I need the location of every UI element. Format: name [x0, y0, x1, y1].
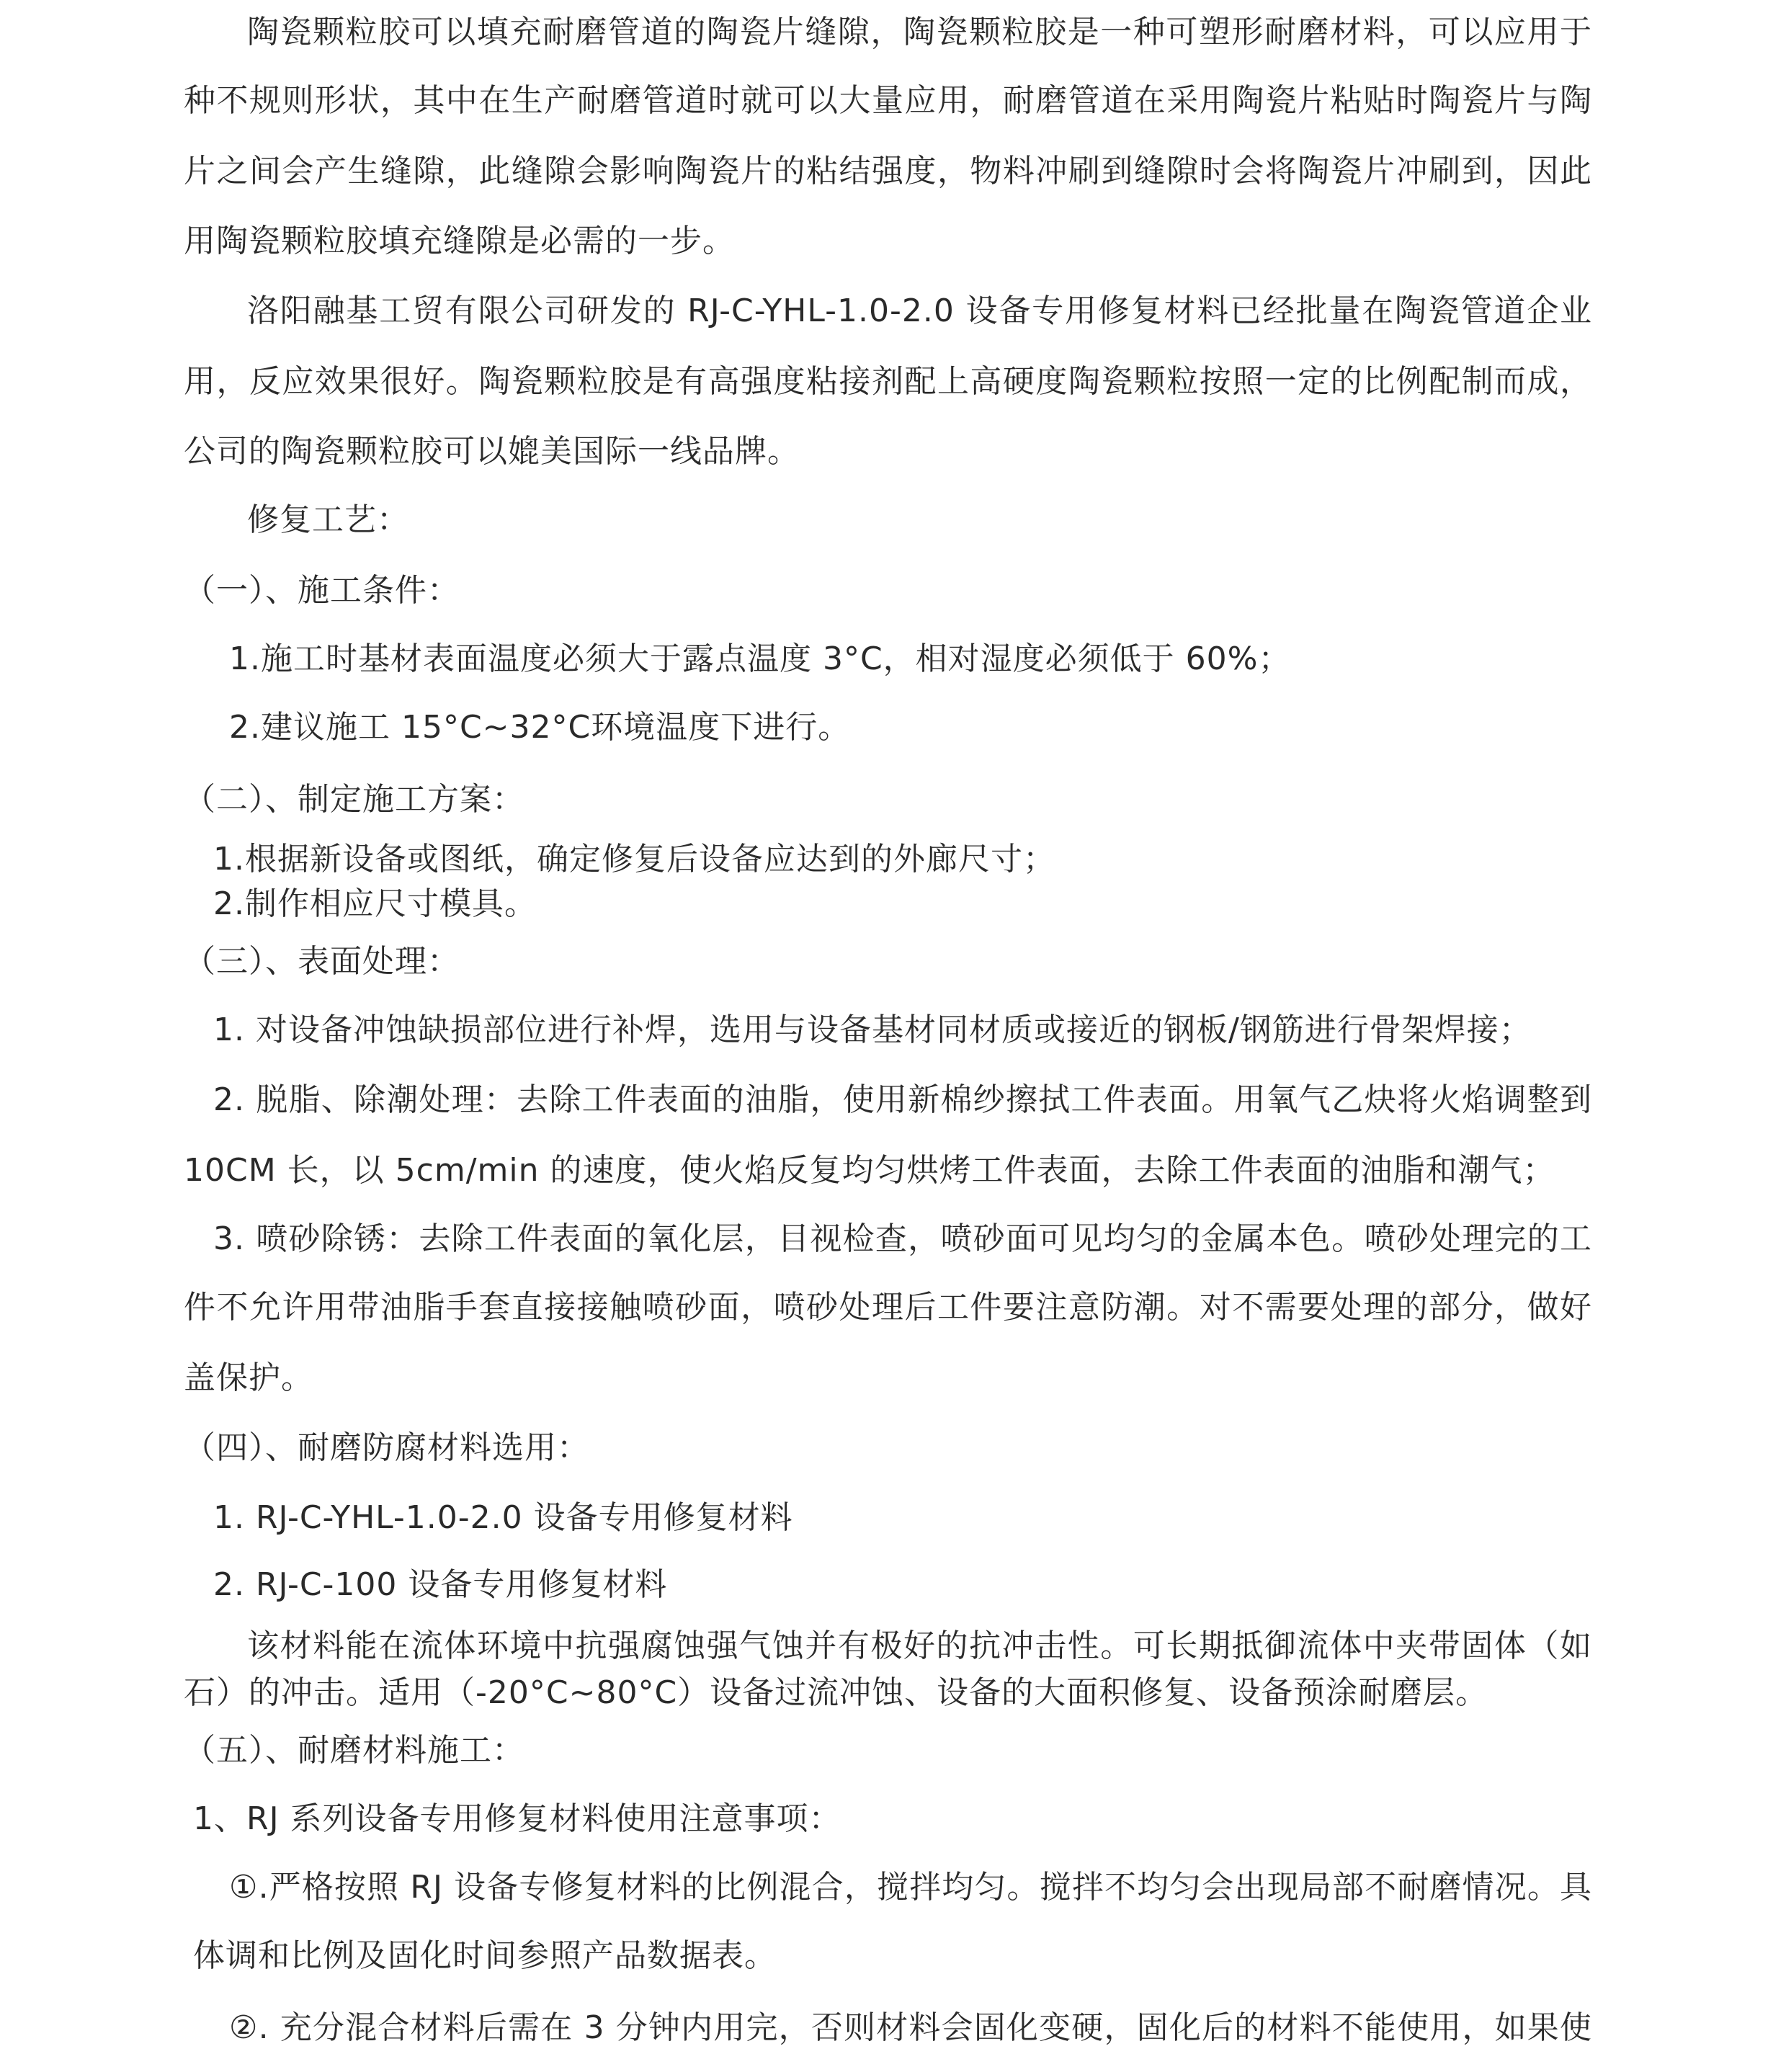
intro-paragraph-line-1: 陶瓷颗粒胶可以填充耐磨管道的陶瓷片缝隙，陶瓷颗粒胶是一种可塑形耐磨材料，可以应用… [184, 12, 1592, 53]
section5-note-2-line-1: ②. 充分混合材料后需在 3 分钟内用完，否则材料会固化变硬，固化后的材料不能使… [229, 2008, 1592, 2048]
section4-heading: （四）、耐磨防腐材料选用： [184, 1428, 589, 1468]
section5-note-1-line-1: ①.严格按照 RJ 设备专修复材料的比例混合，搅拌均匀。搅拌不均匀会出现局部不耐… [229, 1867, 1592, 1908]
section3-item-3-line-2: 件不允许用带油脂手套直接接触喷砂面，喷砂处理后工件要注意防潮。对不需要处理的部分… [184, 1287, 1592, 1328]
document-page: 陶瓷颗粒胶可以填充耐磨管道的陶瓷片缝隙，陶瓷颗粒胶是一种可塑形耐磨材料，可以应用… [0, 0, 1786, 2072]
section3-item-3-line-1: 3. 喷砂除锈：去除工件表面的氧化层，目视检查，喷砂面可见均匀的金属本色。喷砂处… [213, 1219, 1592, 1259]
section1-item-1: 1.施工时基材表面温度必须大于露点温度 3°C，相对湿度必须低于 60%； [229, 639, 1290, 679]
section2-heading: （二）、制定施工方案： [184, 780, 524, 820]
section3-item-2-line-2: 10CM 长，以 5cm/min 的速度，使火焰反复均匀烘烤工件表面，去除工件表… [184, 1151, 1555, 1191]
intro-paragraph-line-2: 种不规则形状，其中在生产耐磨管道时就可以大量应用，耐磨管道在采用陶瓷片粘贴时陶瓷… [184, 81, 1592, 121]
intro-paragraph-line-4: 用陶瓷颗粒胶填充缝隙是必需的一步。 [184, 221, 735, 262]
section5-heading: （五）、耐磨材料施工： [184, 1731, 524, 1771]
section1-item-2: 2.建议施工 15°C~32°C环境温度下进行。 [229, 707, 850, 748]
section4-description-line-2: 石）的冲击。适用（-20°C~80°C）设备过流冲蚀、设备的大面积修复、设备预涂… [184, 1673, 1488, 1713]
section2-item-2: 2.制作相应尺寸模具。 [213, 884, 537, 924]
company-paragraph-line-2: 用，反应效果很好。陶瓷颗粒胶是有高强度粘接剂配上高硬度陶瓷颗粒按照一定的比例配制… [184, 362, 1592, 402]
section5-note-1-line-2: 体调和比例及固化时间参照产品数据表。 [193, 1936, 777, 1976]
section3-heading: （三）、表面处理： [184, 942, 460, 982]
company-paragraph-line-3: 公司的陶瓷颗粒胶可以媲美国际一线品牌。 [184, 432, 800, 472]
section4-item-2: 2. RJ-C-100 设备专用修复材料 [213, 1565, 667, 1605]
section3-item-3-line-3: 盖保护。 [184, 1358, 313, 1398]
intro-paragraph-line-3: 片之间会产生缝隙，此缝隙会影响陶瓷片的粘结强度，物料冲刷到缝隙时会将陶瓷片冲刷到… [184, 151, 1592, 192]
section5-subheading: 1、RJ 系列设备专用修复材料使用注意事项： [193, 1799, 841, 1839]
section1-heading: （一）、施工条件： [184, 571, 460, 611]
section4-item-1: 1. RJ-C-YHL-1.0-2.0 设备专用修复材料 [213, 1498, 793, 1538]
process-heading: 修复工艺： [247, 500, 409, 540]
section3-item-1: 1. 对设备冲蚀缺损部位进行补焊，选用与设备基材同材质或接近的钢板/钢筋进行骨架… [213, 1010, 1532, 1050]
section3-item-2-line-1: 2. 脱脂、除潮处理：去除工件表面的油脂，使用新棉纱擦拭工件表面。用氧气乙炔将火… [213, 1080, 1592, 1120]
section2-item-1: 1.根据新设备或图纸，确定修复后设备应达到的外廊尺寸； [213, 839, 1055, 880]
section4-description-line-1: 该材料能在流体环境中抗强腐蚀强气蚀并有极好的抗冲击性。可长期抵御流体中夹带固体（… [184, 1626, 1592, 1666]
company-paragraph-line-1: 洛阳融基工贸有限公司研发的 RJ-C-YHL-1.0-2.0 设备专用修复材料已… [184, 291, 1592, 331]
